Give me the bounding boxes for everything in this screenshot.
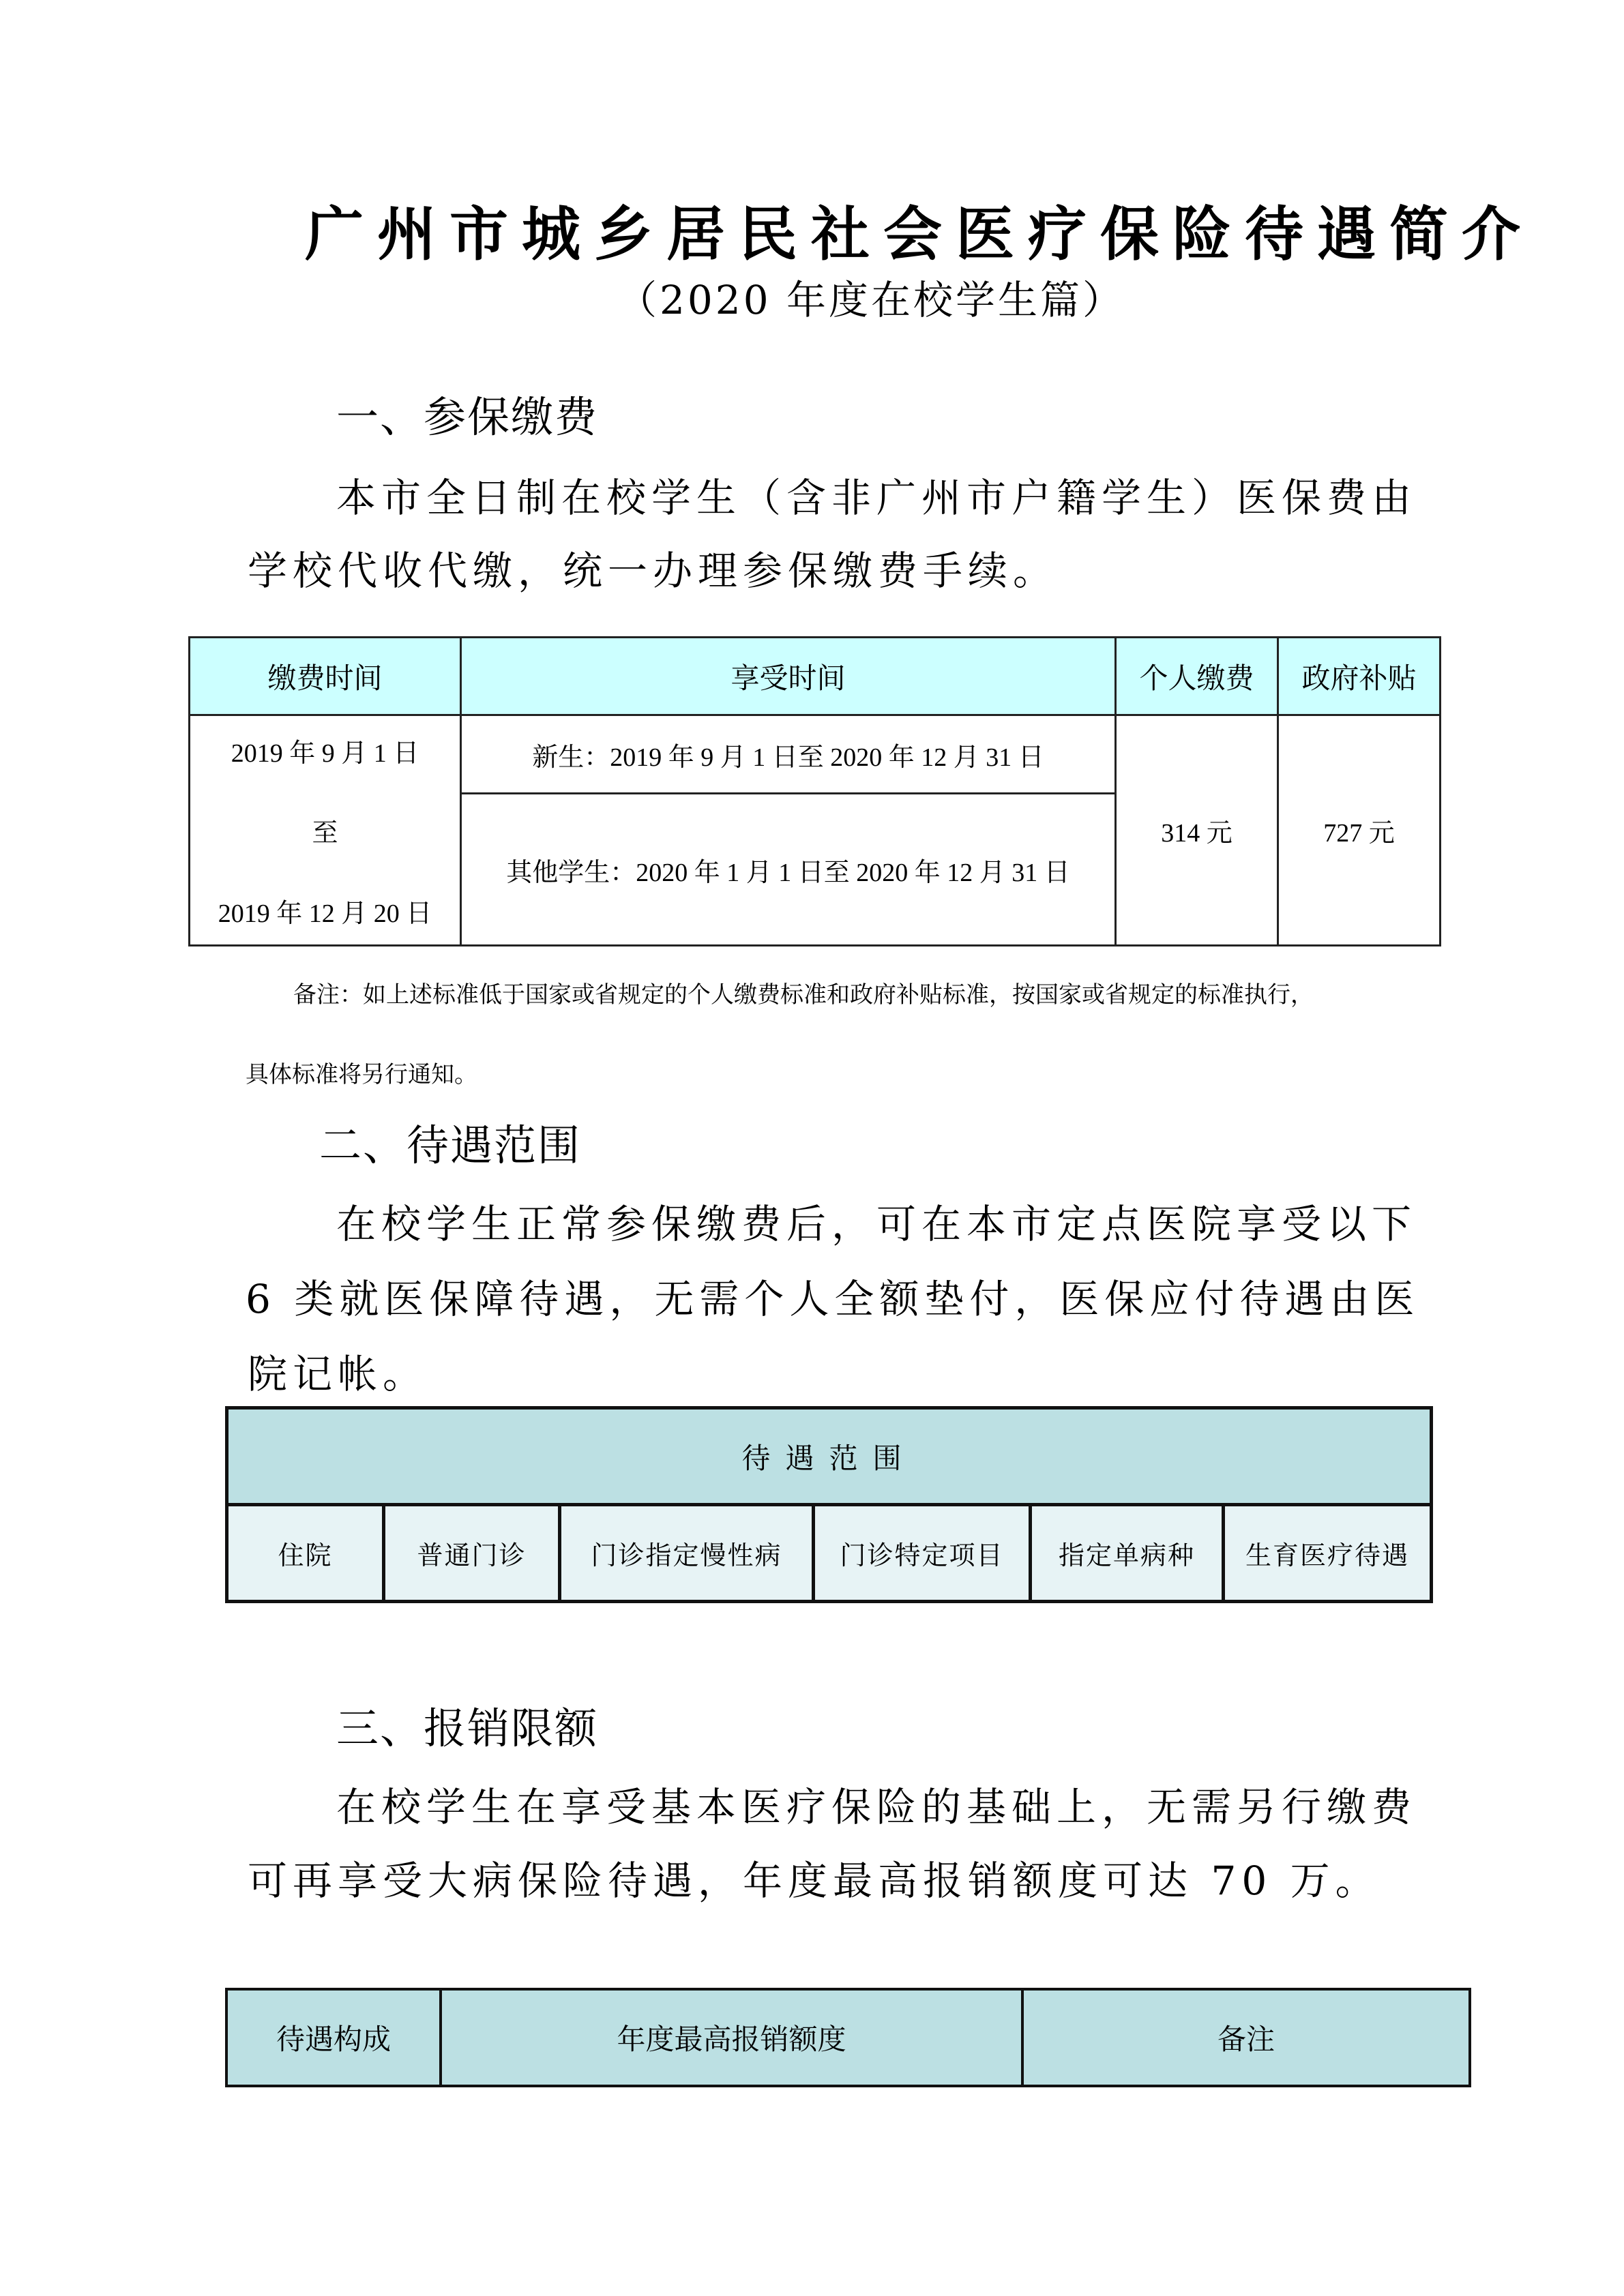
section1-paragraph-line1: 本市全日制在校学生（含非广州市户籍学生）医保费由	[336, 471, 1417, 525]
government-subsidy-value: 727 元	[1278, 715, 1441, 946]
benefit-item-chronic-disease: 门诊指定慢性病	[560, 1505, 814, 1602]
benefit-scope-table: 待遇范围 住院 普通门诊 门诊指定慢性病 门诊特定项目 指定单病种 生育医疗待遇	[225, 1406, 1433, 1603]
header-annual-max-reimbursement: 年度最高报销额度	[441, 1989, 1022, 2086]
reimbursement-header-row: 待遇构成 年度最高报销额度 备注	[226, 1989, 1470, 2086]
header-payment-time: 缴费时间	[190, 638, 461, 715]
section2-paragraph-line3: 院记帐。	[248, 1347, 428, 1401]
benefit-item-maternity: 生育医疗待遇	[1224, 1505, 1432, 1602]
section1-heading: 一、参保缴费	[336, 390, 598, 445]
personal-fee-value: 314 元	[1116, 715, 1278, 946]
payment-period-start: 2019 年 9 月 1 日	[190, 732, 460, 769]
section3-paragraph-line2: 可再享受大病保险待遇，年度最高报销额度可达 70 万。	[248, 1853, 1381, 1908]
benefit-scope-header: 待遇范围	[227, 1408, 1432, 1505]
section2-paragraph-line1: 在校学生正常参保缴费后，可在本市定点医院享受以下	[336, 1197, 1417, 1251]
header-benefit-composition: 待遇构成	[226, 1989, 441, 2086]
document-title: 广州市城乡居民社会医疗保险待遇简介	[305, 199, 1321, 270]
section2-paragraph-line2: 6 类就医保障待遇，无需个人全额垫付，医保应付待遇由医	[246, 1272, 1419, 1326]
benefit-scope-header-row: 待遇范围	[227, 1408, 1432, 1505]
benefit-scope-items-row: 住院 普通门诊 门诊指定慢性病 门诊特定项目 指定单病种 生育医疗待遇	[227, 1505, 1432, 1602]
payment-table: 缴费时间 享受时间 个人缴费 政府补贴 2019 年 9 月 1 日 至 201…	[188, 636, 1441, 946]
section2-heading: 二、待遇范围	[319, 1118, 581, 1173]
header-coverage-time: 享受时间	[461, 638, 1116, 715]
benefit-item-inpatient: 住院	[227, 1505, 384, 1602]
benefit-item-single-disease: 指定单病种	[1031, 1505, 1224, 1602]
header-government-subsidy: 政府补贴	[1278, 638, 1441, 715]
payment-period-end: 2019 年 12 月 20 日	[190, 892, 460, 929]
header-remarks: 备注	[1022, 1989, 1470, 2086]
document-subtitle: （2020 年度在校学生篇）	[617, 273, 1125, 327]
payment-table-header-row: 缴费时间 享受时间 个人缴费 政府补贴	[190, 638, 1441, 715]
header-personal-fee: 个人缴费	[1116, 638, 1278, 715]
payment-period-cell: 2019 年 9 月 1 日 至 2019 年 12 月 20 日	[190, 715, 461, 946]
note-line1: 备注：如上述标准低于国家或省规定的个人缴费标准和政府补贴标准，按国家或省规定的标…	[293, 979, 1314, 1011]
section3-heading: 三、报销限额	[336, 1701, 598, 1756]
benefit-item-special-outpatient: 门诊特定项目	[814, 1505, 1031, 1602]
payment-table-row: 2019 年 9 月 1 日 至 2019 年 12 月 20 日 新生：201…	[190, 715, 1441, 794]
benefit-item-general-outpatient: 普通门诊	[384, 1505, 560, 1602]
section3-paragraph-line1: 在校学生在享受基本医疗保险的基础上，无需另行缴费	[336, 1780, 1417, 1834]
note-line2: 具体标准将另行通知。	[246, 1058, 477, 1091]
coverage-new-students: 新生：2019 年 9 月 1 日至 2020 年 12 月 31 日	[461, 715, 1116, 794]
reimbursement-limit-table: 待遇构成 年度最高报销额度 备注	[225, 1988, 1471, 2087]
section1-paragraph-line2: 学校代收代缴，统一办理参保缴费手续。	[248, 543, 1058, 598]
coverage-other-students: 其他学生：2020 年 1 月 1 日至 2020 年 12 月 31 日	[461, 794, 1116, 946]
payment-period-to: 至	[190, 811, 460, 849]
